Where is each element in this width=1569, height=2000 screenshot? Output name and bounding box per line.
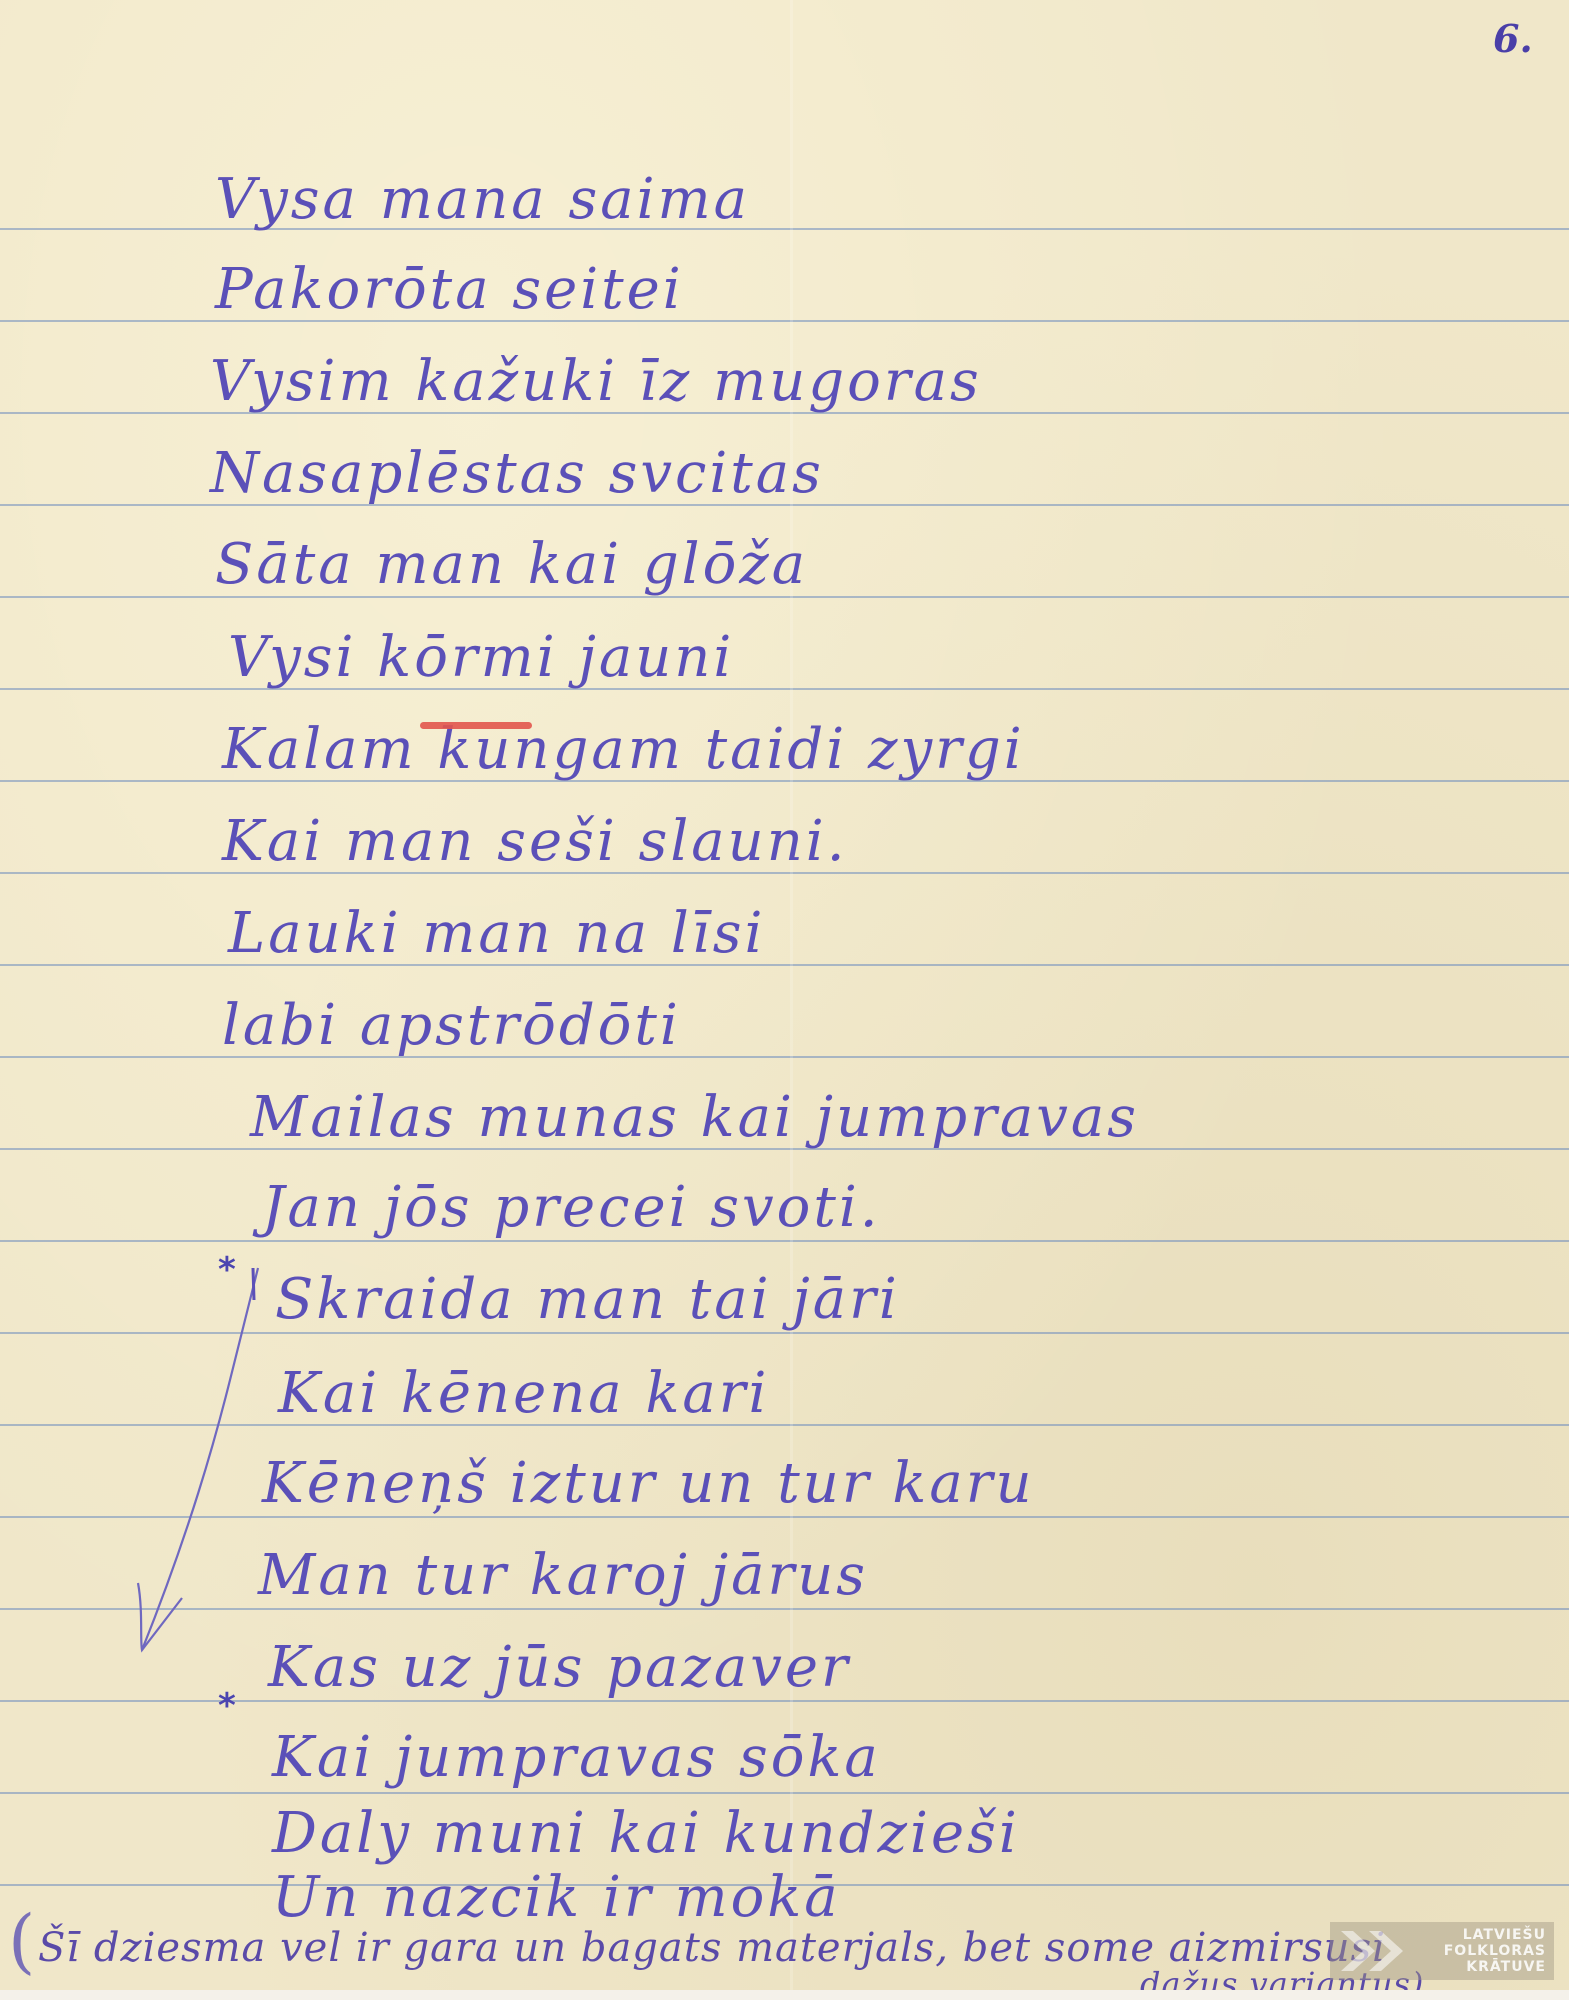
- poem-line: Skraida man tai jāri: [275, 1272, 900, 1328]
- asterisk-icon: *: [218, 1686, 236, 1726]
- poem-line: Lauki man na līsi: [228, 906, 765, 962]
- manuscript-page: 6. Vysa mana saimaPakorōta seiteiVysim k…: [0, 0, 1569, 1990]
- poem-line: Mailas munas kai jumpravas: [250, 1090, 1139, 1146]
- poem-line: Sāta man kai glōža: [215, 537, 808, 593]
- scan-border: [0, 1990, 1569, 2000]
- page-number: 6.: [1493, 16, 1533, 61]
- poem-line: Kai kēnena kari: [278, 1366, 769, 1422]
- poem-line: Vysi kōrmi jauni: [228, 630, 734, 686]
- poem-line: Daly muni kai kundzieši: [272, 1806, 1020, 1862]
- footnote-open-paren: (: [8, 1900, 35, 1982]
- poem-line: Kai jumpravas sōka: [272, 1730, 881, 1786]
- watermark-line-3: KRĀTUVE: [1466, 1959, 1546, 1975]
- poem-line: Kai man seši slauni.: [222, 814, 848, 870]
- lfk-logo-icon: [1330, 1922, 1420, 1980]
- poem-line: Nasaplēstas svcitas: [210, 446, 824, 502]
- poem-line: Kēneņš iztur un tur karu: [262, 1456, 1035, 1512]
- poem-line: Kas uz jūs pazaver: [268, 1640, 851, 1696]
- poem-line: Jan jōs precei svoti.: [262, 1180, 881, 1236]
- poem-line: Kalam kungam taidi zyrgi: [222, 722, 1025, 778]
- poem-line: Un nazcik ir mokā: [272, 1870, 841, 1926]
- ruled-line: [0, 1792, 1569, 1794]
- red-underline-mark: [420, 722, 532, 729]
- poem-line: Man tur karoj jārus: [258, 1548, 868, 1604]
- poem-line: Vysim kažuki īz mugoras: [210, 354, 982, 410]
- archive-watermark: LATVIEŠU FOLKLORAS KRĀTUVE: [1330, 1922, 1554, 1980]
- watermark-line-1: LATVIEŠU: [1463, 1927, 1546, 1943]
- bracket-arrow-icon: [0, 0, 300, 1660]
- watermark-line-2: FOLKLORAS: [1444, 1943, 1546, 1959]
